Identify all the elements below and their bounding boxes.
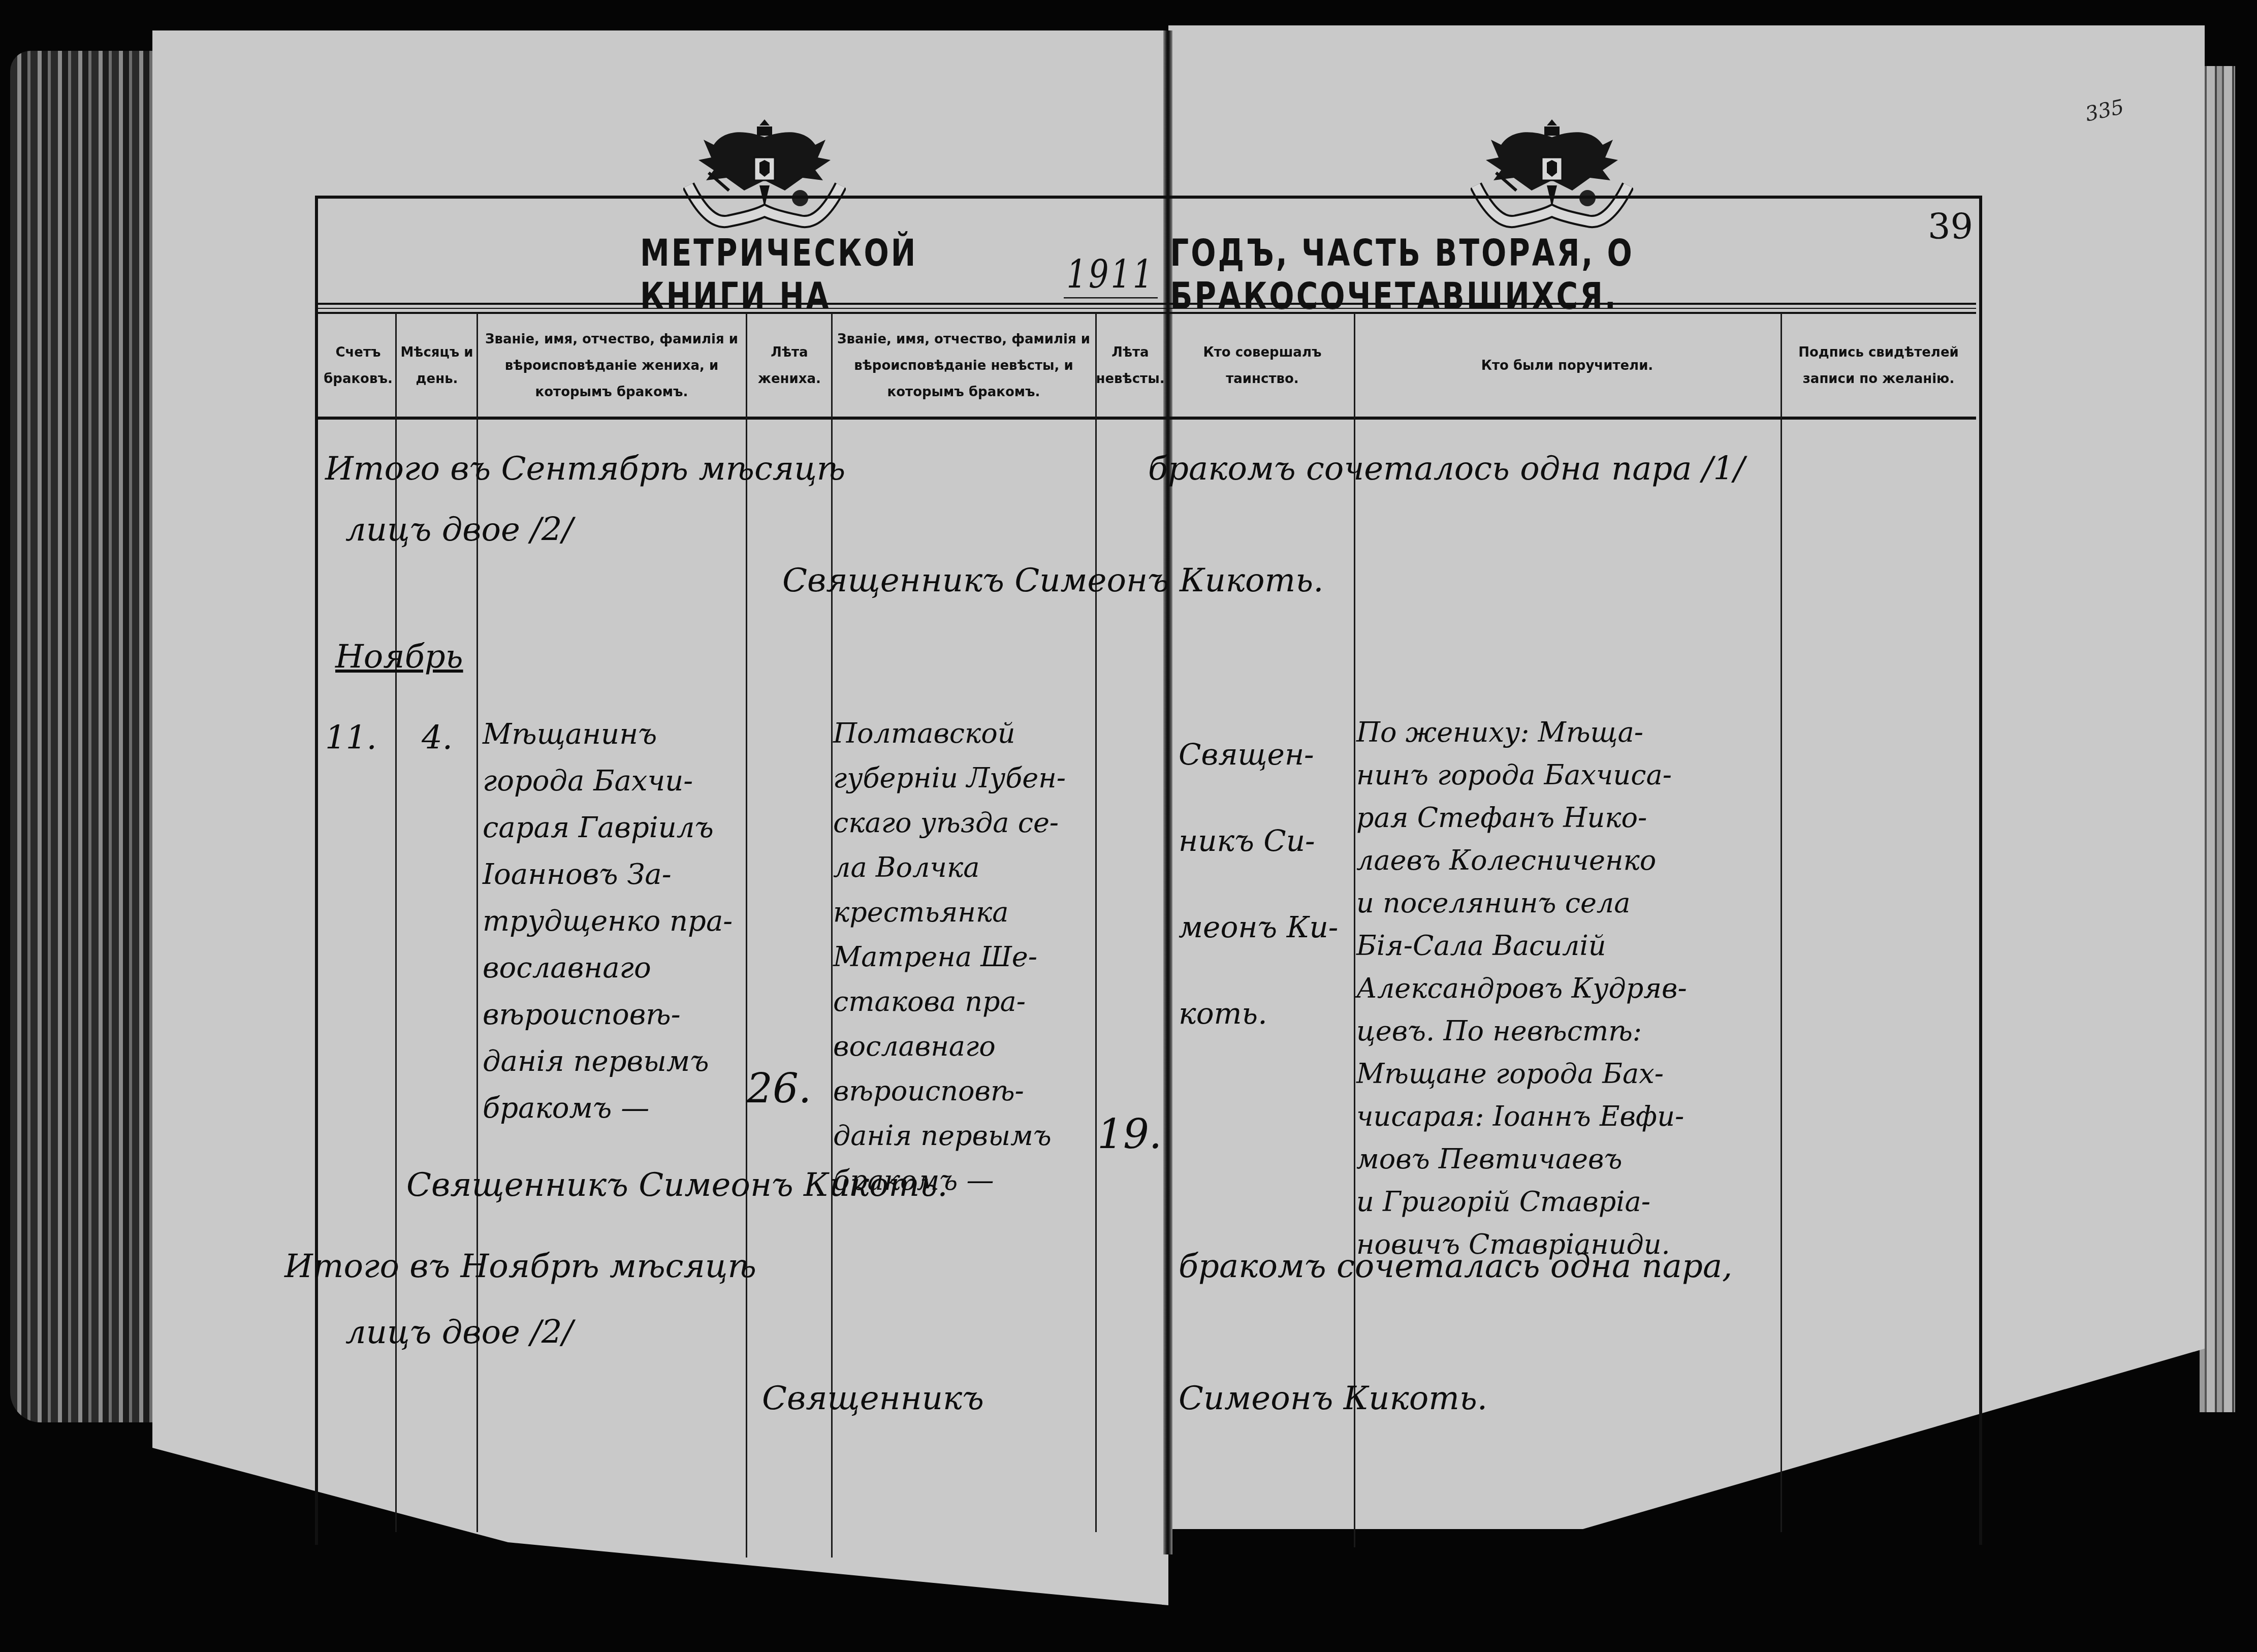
title-year: 1911 [1064, 250, 1158, 298]
groom-line: бракомъ — [483, 1085, 747, 1132]
groom-line: трудщенко пра- [483, 898, 747, 945]
book-page-edges-right [2200, 66, 2235, 1412]
title-rule [318, 303, 1976, 305]
guarantors-cell: По жениху: Мѣща- нинъ города Бахчиса- ра… [1356, 711, 1778, 1266]
header-bride-age: Лѣта невѣсты. [1097, 315, 1163, 417]
bride-line: вославнаго [833, 1024, 1097, 1069]
header-groom-age: Лѣта жениха. [748, 315, 831, 417]
bride-line: ла Волчка [833, 845, 1097, 890]
guarantor-line: чисарая: Іоаннъ Евфи- [1356, 1095, 1778, 1138]
september-signature: Священникъ Симеонъ Кикоть. [782, 554, 1323, 608]
header-date: Мѣсяцъ и день. [397, 315, 476, 417]
september-total-line2: лицъ двое /2/ [345, 503, 573, 557]
header-groom: Званіе, имя, отчество, фамилія и вѣроисп… [480, 315, 744, 417]
groom-line: города Бахчи- [483, 758, 747, 805]
groom-line: данія первымъ [483, 1038, 747, 1085]
header-officiant: Кто совершалъ таинство. [1173, 315, 1351, 417]
groom-line: Іоанновъ За- [483, 851, 747, 898]
title-rule [318, 312, 1976, 314]
officiant-line: меонъ Ки- [1179, 884, 1351, 970]
september-total-line1-right: бракомъ сочеталось одна пара /1/ [1148, 442, 1745, 496]
bride-line: стакова пра- [833, 979, 1097, 1024]
header-rule [318, 417, 1976, 420]
november-total-line1: Итого въ Ноябрѣ мѣсяцѣ [284, 1240, 756, 1293]
bride-cell: Полтавской губерніи Лубен- скаго уѣзда с… [833, 711, 1097, 1203]
guarantor-line: рая Стефанъ Нико- [1356, 797, 1778, 839]
header-guarantors: Кто были поручители. [1356, 315, 1778, 417]
guarantor-line: и поселянинъ села [1356, 882, 1778, 925]
column-divider [1354, 313, 1355, 1547]
groom-line: вославнаго [483, 945, 747, 992]
page-number: 39 [1928, 206, 1973, 247]
guarantor-line: лаевъ Колесниченко [1356, 839, 1778, 882]
september-total-line1: Итого въ Сентябрѣ мѣсяцѣ [325, 442, 845, 496]
november-total-line2: лицъ двое /2/ [345, 1306, 573, 1359]
groom-age: 26. [747, 1062, 811, 1116]
bride-age: 19. [1097, 1107, 1162, 1161]
guarantor-line: цевъ. По невѣстѣ: [1356, 1010, 1778, 1053]
bride-line: губерніи Лубен- [833, 756, 1097, 801]
column-divider [1781, 313, 1782, 1532]
guarantor-line: нинъ города Бахчиса- [1356, 754, 1778, 797]
bride-line: Матрена Ше- [833, 935, 1097, 979]
title-rule [318, 308, 1976, 309]
november-total-line1-right: бракомъ сочеталась одна пара, [1179, 1240, 1732, 1293]
groom-line: Мѣщанинъ [483, 711, 747, 758]
record-signature: Священникъ Симеонъ Кикоть. [406, 1158, 947, 1212]
guarantor-line: Александровъ Кудряв- [1356, 967, 1778, 1010]
officiant-line: никъ Си- [1179, 798, 1351, 884]
header-bride: Званіе, имя, отчество, фамилія и вѣроисп… [833, 315, 1094, 417]
register-title: Метрической книги на 1911 годъ, часть вт… [640, 249, 1961, 300]
bride-line: Полтавской [833, 711, 1097, 756]
november-signature-left: Священникъ [762, 1372, 984, 1425]
groom-line: вѣроисповѣ- [483, 992, 747, 1038]
record-day: 4. [422, 711, 453, 765]
bride-line: вѣроисповѣ- [833, 1069, 1097, 1114]
bride-line: скаго уѣзда се- [833, 801, 1097, 845]
guarantor-line: Мѣщане города Бах- [1356, 1053, 1778, 1095]
officiant-cell: Священ- никъ Си- меонъ Ки- коть. [1179, 711, 1351, 1057]
guarantor-line: и Григорій Ставріа- [1356, 1181, 1778, 1223]
officiant-line: Священ- [1179, 711, 1351, 798]
guarantor-line: мовъ Певтичаевъ [1356, 1138, 1778, 1181]
groom-cell: Мѣщанинъ города Бахчи- сарая Гавріилъ Іо… [483, 711, 747, 1132]
groom-line: сарая Гавріилъ [483, 805, 747, 851]
month-heading: Ноябрь [335, 630, 463, 684]
header-signatures: Подпись свидѣтелей записи по желанію. [1783, 315, 1974, 417]
column-divider [831, 313, 833, 1558]
officiant-line: коть. [1179, 970, 1351, 1057]
header-count: Счетъ браковъ. [321, 315, 395, 417]
november-signature-right: Симеонъ Кикоть. [1179, 1372, 1487, 1425]
guarantor-line: По жениху: Мѣща- [1356, 711, 1778, 754]
bride-line: крестьянка [833, 890, 1097, 935]
bride-line: данія первымъ [833, 1114, 1097, 1158]
guarantor-line: Бія-Сала Василій [1356, 925, 1778, 967]
book-page-edges-left [10, 51, 163, 1422]
record-count: 11. [325, 711, 377, 765]
